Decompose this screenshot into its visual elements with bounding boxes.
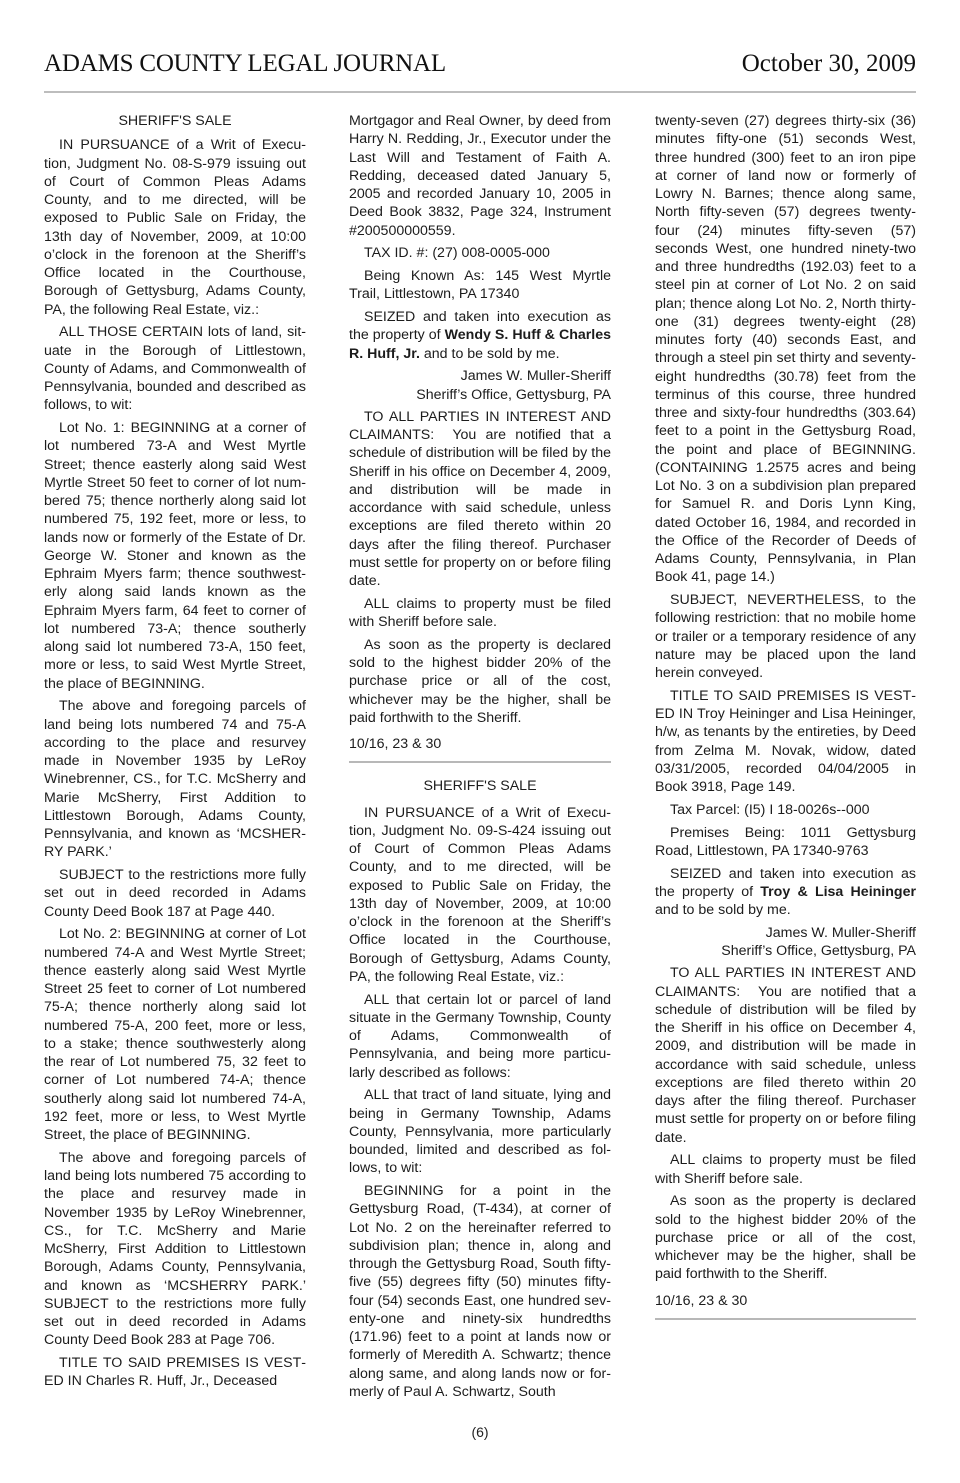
tax-id: TAX ID. #: (27) 008-0005-000 (349, 244, 611, 262)
column-middle: Mortgagor and Real Owner, by deed from H… (349, 112, 611, 1406)
issue-date: October 30, 2009 (742, 50, 916, 78)
paragraph-parcels-74-75a: The above and foregoing parcels of land … (44, 697, 306, 861)
paragraph-parcels-75: The above and foregoing parcels of land … (44, 1149, 306, 1350)
paragraph-tract-description: ALL that tract of land situate, lying an… (349, 1086, 611, 1177)
paragraph-subject-nevertheless: SUBJECT, NEVERTHELESS, to the following … (655, 591, 916, 682)
paragraph-continued-deed: Mortgagor and Real Owner, by deed from H… (349, 112, 611, 240)
seized-suffix: and to be sold by me. (420, 346, 560, 362)
column-left: SHERIFF'S SALE IN PURSUANCE of a Writ of… (44, 112, 306, 1395)
seized-suffix: and to be sold by me. (655, 902, 791, 918)
paragraph-lot-2: Lot No. 2: BEGINNING at corner of Lot nu… (44, 925, 306, 1144)
paragraph-continued-bounds: twenty-seven (27) degrees thirty-six (36… (655, 112, 916, 587)
notice-divider (349, 761, 611, 763)
paragraph-lot-description: ALL that certain lot or parcel of land s… (349, 991, 611, 1082)
header-divider (44, 91, 916, 93)
sheriff-office: Sheriff’s Office, Gettysburg, PA (416, 387, 611, 403)
notice-divider (655, 1318, 916, 1320)
property-owner: Troy & Lisa Heininger (760, 884, 916, 900)
paragraph-title-vested: TITLE TO SAID PREMISES IS VEST­ED IN Cha… (44, 1354, 306, 1391)
column-right: twenty-seven (27) degrees thirty-six (36… (655, 112, 916, 1334)
paragraph-subject-restrictions: SUBJECT to the restrictions more fully s… (44, 866, 306, 921)
property-address: Being Known As: 145 West Myrtle Trail, L… (349, 267, 611, 304)
page-header: ADAMS COUNTY LEGAL JOURNAL October 30, 2… (44, 50, 916, 86)
paragraph-title-vested: TITLE TO SAID PREMISES IS VEST­ED IN Tro… (655, 687, 916, 797)
sheriff-name: James W. Muller-Sheriff (766, 925, 916, 941)
notice-parties-in-interest: TO ALL PARTIES IN INTEREST AND CLAIMANTS… (349, 408, 611, 591)
paragraph-seized: SEIZED and taken into execution as the p… (655, 865, 916, 920)
paragraph-pursuance: IN PURSUANCE of a Writ of Execu­tion, Ju… (349, 804, 611, 987)
notice-claims: ALL claims to property must be filed wit… (349, 595, 611, 632)
notice-parties-in-interest: TO ALL PARTIES IN INTEREST AND CLAIMANTS… (655, 964, 916, 1147)
sheriff-name: James W. Muller-Sheriff (461, 368, 611, 384)
signature-block: James W. Muller-SheriffSheriff’s Office,… (349, 367, 611, 404)
journal-title: ADAMS COUNTY LEGAL JOURNAL (44, 50, 446, 78)
tax-parcel: Tax Parcel: (I5) I 18-0026s--000 (655, 801, 916, 819)
notice-heading: SHERIFF'S SALE (44, 112, 306, 130)
signature-block: James W. Muller-SheriffSheriff’s Office,… (655, 924, 916, 961)
run-dates: 10/16, 23 & 30 (349, 735, 611, 753)
run-dates: 10/16, 23 & 30 (655, 1292, 916, 1310)
page-number: (6) (0, 1424, 960, 1440)
premises-address: Premises Being: 1011 Gettysburg Road, Li… (655, 824, 916, 861)
notice-payment: As soon as the property is declared sold… (349, 636, 611, 727)
paragraph-pursuance: IN PURSUANCE of a Writ of Execu­tion, Ju… (44, 136, 306, 319)
notice-claims: ALL claims to property must be filed wit… (655, 1151, 916, 1188)
paragraph-seized: SEIZED and taken into execution as the p… (349, 308, 611, 363)
notice-heading: SHERIFF'S SALE (349, 777, 611, 795)
paragraph-lots-description: ALL THOSE CERTAIN lots of land, sit­uate… (44, 323, 306, 414)
notice-payment: As soon as the property is declared sold… (655, 1192, 916, 1283)
paragraph-metes-bounds: BEGINNING for a point in the Gettysburg … (349, 1182, 611, 1401)
paragraph-lot-1: Lot No. 1: BEGINNING at a corner of lot … (44, 419, 306, 693)
sheriff-office: Sheriff’s Office, Gettysburg, PA (721, 943, 916, 959)
